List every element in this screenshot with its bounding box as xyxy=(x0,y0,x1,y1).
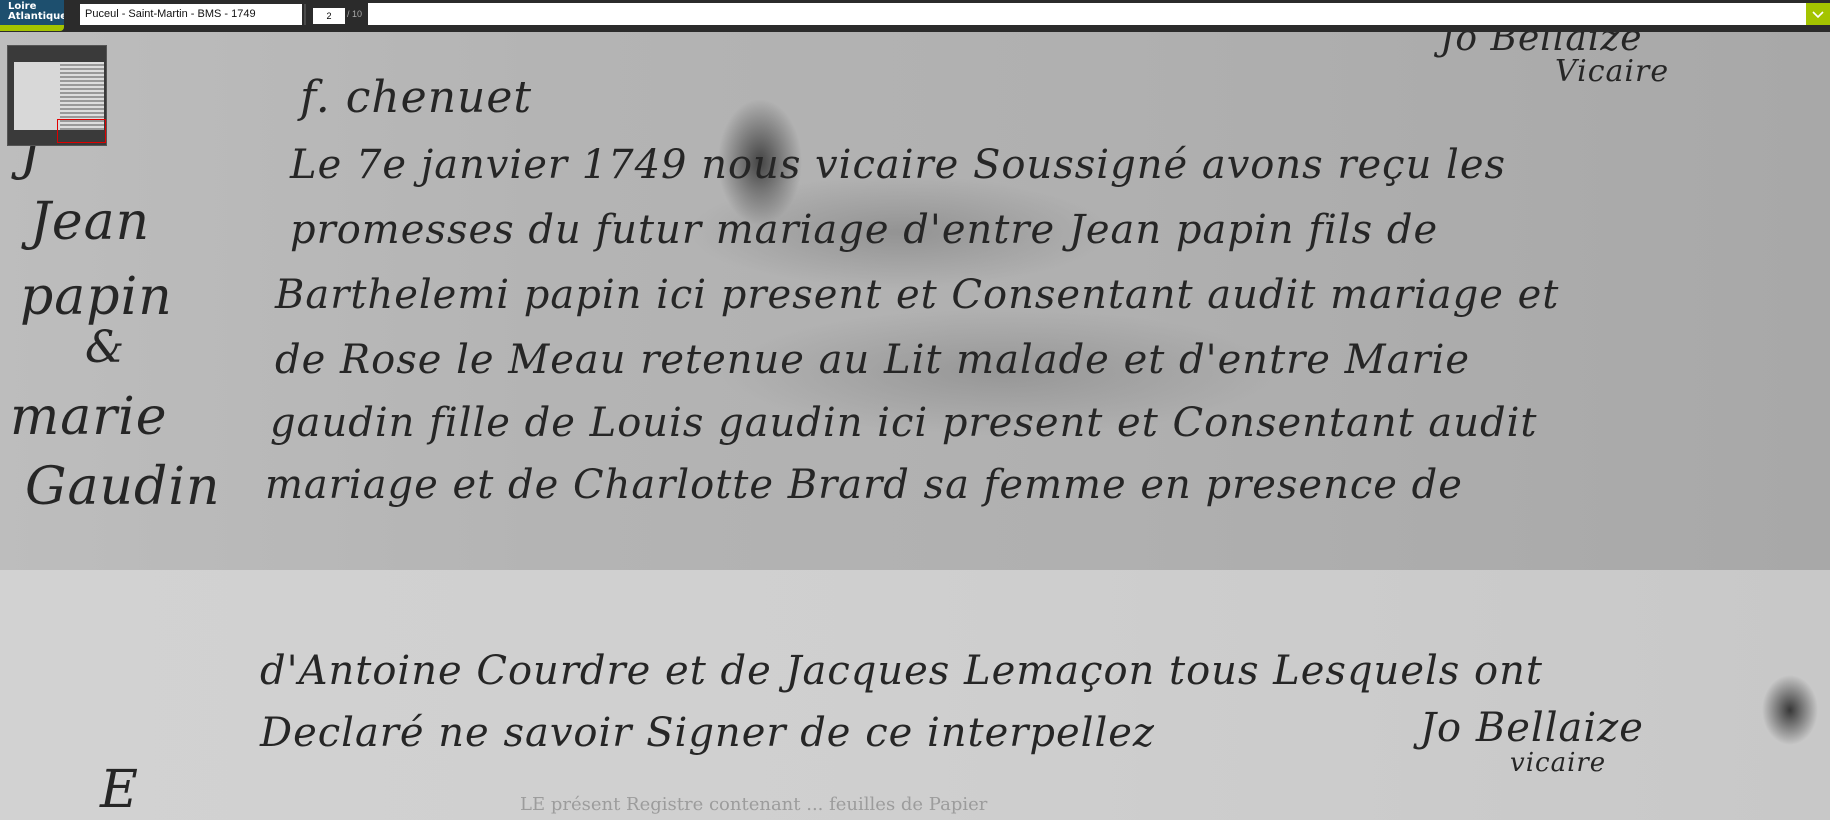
header-note: f. chenuet xyxy=(300,72,532,123)
printed-register-text: LE présent Registre contenant ... feuill… xyxy=(520,794,987,815)
logo-accent-stripe xyxy=(0,25,64,31)
margin-name-gaudin: Gaudin xyxy=(25,457,220,517)
thumbnail-left-page xyxy=(14,62,60,130)
loire-atlantique-logo[interactable]: Loire Atlantique xyxy=(0,0,64,31)
navigator-thumbnail[interactable] xyxy=(7,45,107,146)
record-line-3: Barthelemi papin ici present et Consenta… xyxy=(275,272,1559,318)
margin-name-jean: Jean xyxy=(30,192,150,252)
toolbar-input-bar[interactable] xyxy=(368,3,1806,25)
margin-name-ampersand: & xyxy=(85,322,125,373)
signature-top-title: Vicaire xyxy=(1555,54,1669,89)
scan-page-bottom: d'Antoine Courdre et de Jacques Lemaçon … xyxy=(0,570,1830,820)
record-line-8: Declaré ne savoir Signer de ce interpell… xyxy=(260,710,1155,756)
page-total: / 10 xyxy=(347,9,362,19)
margin-name-marie: marie xyxy=(10,387,168,447)
record-line-5: gaudin fille de Louis gaudin ici present… xyxy=(270,400,1537,446)
margin-letter: E xyxy=(100,760,139,820)
signature-bottom: Jo Bellaize xyxy=(1420,705,1644,751)
page-number-input[interactable] xyxy=(313,8,345,24)
margin-name-papin: papin xyxy=(20,267,173,327)
thumbnail-viewport-indicator[interactable] xyxy=(57,119,106,143)
document-viewer[interactable]: f. chenuet Jo Bellaize Vicaire J Jean pa… xyxy=(0,32,1830,820)
toolbar-divider xyxy=(304,4,306,25)
viewer-toolbar: Loire Atlantique Puceul - Saint-Martin -… xyxy=(0,0,1830,32)
document-title: Puceul - Saint-Martin - BMS - 1749 xyxy=(80,4,302,25)
chevron-down-icon xyxy=(1812,11,1824,19)
record-line-6: mariage et de Charlotte Brard sa femme e… xyxy=(265,462,1463,508)
record-line-7: d'Antoine Courdre et de Jacques Lemaçon … xyxy=(260,648,1543,694)
scan-page-top: f. chenuet Jo Bellaize Vicaire J Jean pa… xyxy=(0,32,1830,570)
toolbar-toggle-button[interactable] xyxy=(1806,3,1830,25)
record-line-4: de Rose le Meau retenue au Lit malade et… xyxy=(275,337,1470,383)
logo-line-2: Atlantique xyxy=(8,12,64,22)
record-line-2: promesses du futur mariage d'entre Jean … xyxy=(290,207,1438,253)
signature-bottom-title: vicaire xyxy=(1510,748,1606,778)
record-line-1: Le 7e janvier 1749 nous vicaire Soussign… xyxy=(290,142,1506,188)
